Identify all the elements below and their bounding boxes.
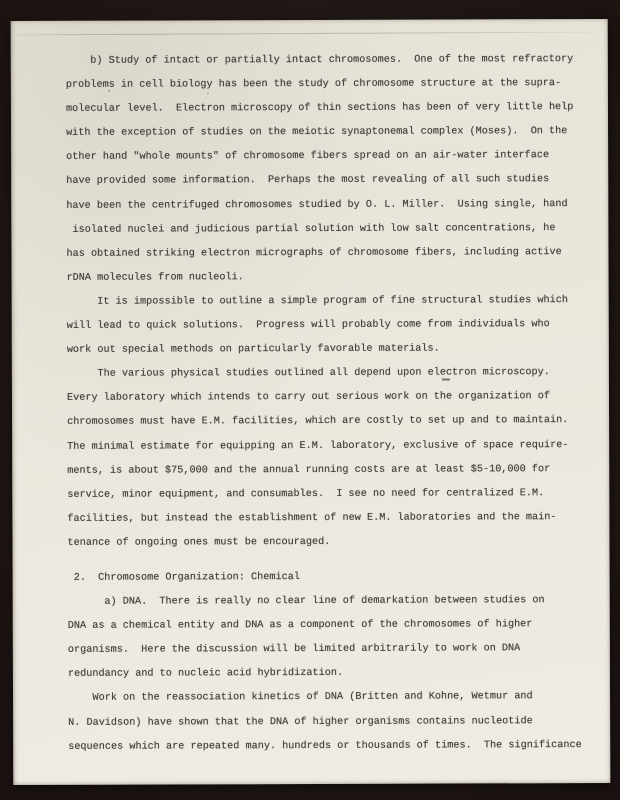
scan-background: b) Study of intact or partially intact c… [0, 0, 620, 800]
text-line: rDNA molecules from nucleoli. [67, 265, 591, 291]
text-line: redundancy and to nucleic acid hybridiza… [68, 661, 592, 687]
text-line: have been the centrifuged chromosomes st… [66, 193, 590, 219]
text-line: 2. Chromosome Organization: Chemical [68, 565, 592, 591]
text-line: isolated nuclei and judicious partial so… [66, 217, 590, 243]
text-line: will lead to quick solutions. Progress w… [67, 313, 591, 339]
text-line: The various physical studies outlined al… [67, 361, 591, 387]
text-line: DNA as a chemical entity and DNA as a co… [68, 613, 592, 639]
text-line: a) DNA. There is really no clear line of… [68, 589, 592, 615]
text-line: problems in cell biology has been the st… [66, 72, 590, 98]
text-line: have provided some information. Perhaps … [66, 168, 590, 194]
text-line: with the exception of studies on the mei… [66, 120, 590, 146]
text-line: other hand "whole mounts" of chromosome … [66, 144, 590, 170]
text-line: work out special methods on particularly… [67, 337, 591, 363]
typed-text-block: b) Study of intact or partially intact c… [66, 48, 592, 760]
text-line: service, minor equipment, and consumable… [67, 482, 591, 508]
text-line: molecular level. Electron microscopy of … [66, 96, 590, 122]
scan-fold-line [18, 32, 596, 36]
text-line: The minimal estimate for equipping an E.… [67, 434, 591, 460]
text-line: sequences which are repeated many. hundr… [68, 734, 592, 760]
document-page: b) Study of intact or partially intact c… [11, 19, 611, 785]
text-line: tenance of ongoing ones must be encourag… [67, 530, 591, 556]
text-line: Every laboratory which intends to carry … [67, 385, 591, 411]
text-line: Work on the reassociation kinetics of DN… [68, 685, 592, 711]
text-line: chromosomes must have E.M. facilities, w… [67, 409, 591, 435]
text-line: organisms. Here the discussion will be l… [68, 637, 592, 663]
text-line: N. Davidson) have shown that the DNA of … [68, 710, 592, 736]
text-line: facilities, but instead the establishmen… [67, 506, 591, 532]
text-line: It is impossible to outline a simple pro… [67, 289, 591, 315]
text-line: has obtained striking electron micrograp… [66, 241, 590, 267]
text-line: ments, is about $75,000 and the annual r… [67, 458, 591, 484]
text-line: b) Study of intact or partially intact c… [66, 48, 590, 74]
